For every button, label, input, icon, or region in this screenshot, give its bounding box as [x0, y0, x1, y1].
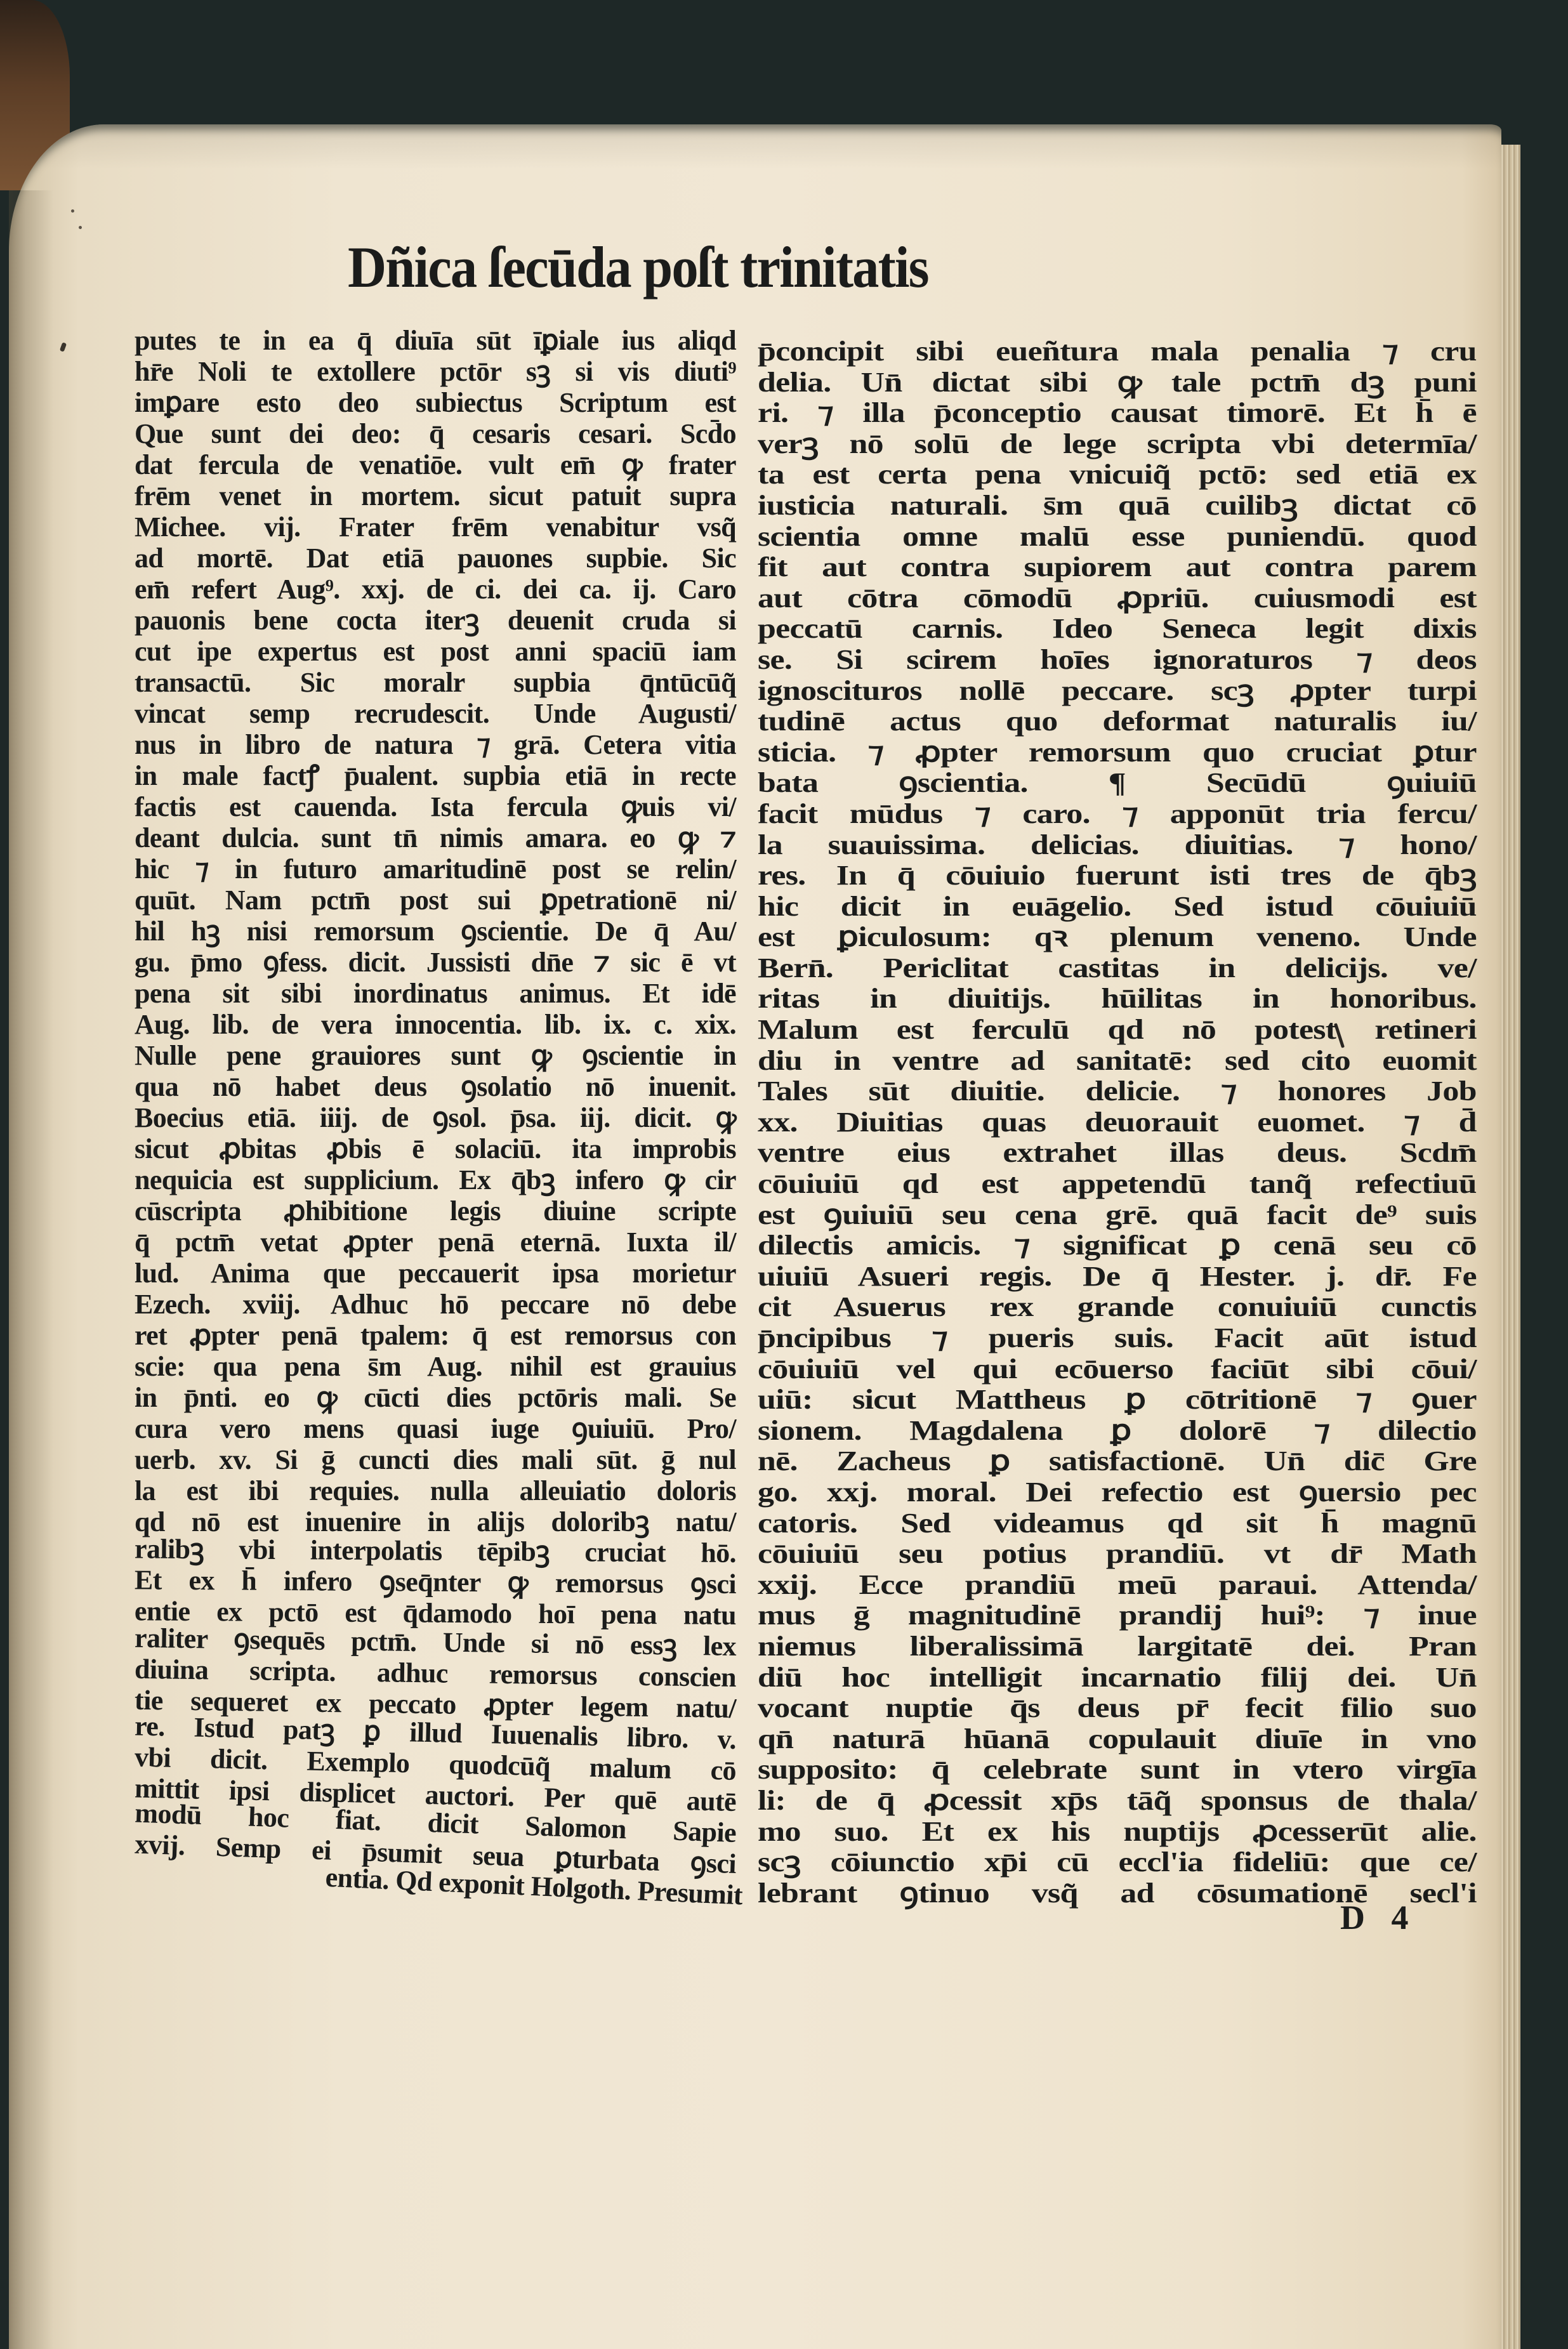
text-line: hil hꝫ nisi remorsum ꝯscientie. De q̄ Au… [135, 916, 736, 947]
text-line: putes te in ea q̄ diuīa sūt īꝑiale ius a… [135, 325, 736, 356]
text-line: hic ⁊ in futuro amaritudinē post se reli… [135, 853, 736, 885]
text-line: deant dulcia. sunt tn̄ nimis amara. eo ꝙ… [135, 822, 736, 853]
text-line: qd nō est inuenire in alijs doloribꝫ nat… [135, 1506, 736, 1537]
text-line: res. In q̄ cōuiuio fuerunt isti tres de … [758, 860, 1477, 892]
text-line: quūt. Nam pctm̄ post sui ꝑpetrationē ni/ [135, 885, 736, 916]
text-line: p̄concipit sibi eueñtura mala penalia ⁊ … [758, 336, 1477, 367]
text-line: sticia. ⁊ ꝓpter remorsum quo cruciat ꝑtu… [758, 737, 1477, 768]
text-line: imꝑare esto deo subiectus Scriptum est [135, 387, 736, 418]
text-line: est ꝯuiuiū seu cena grē. quā facit de⁹ s… [758, 1200, 1477, 1231]
text-line: cūscripta ꝓhibitione legis diuine script… [135, 1195, 736, 1227]
text-line: Nulle pene grauiores sunt ꝙ ꝯscientie in [135, 1040, 736, 1071]
text-line: uiū: sicut Mattheus ꝑ cōtritionē ⁊ ꝯuer [758, 1385, 1477, 1416]
margin-ink-dot [79, 226, 82, 229]
text-line: in p̄nti. eo ꝙ cūcti dies pctōris mali. … [135, 1382, 736, 1413]
text-line: in male factꝭ p̄ualent. supbia etiā in r… [135, 760, 736, 791]
gutter-shadow [9, 190, 53, 2349]
text-line: Tales sūt diuitie. delicie. ⁊ honores Jo… [758, 1076, 1477, 1107]
text-line: uiuiū Asueri regis. De q̄ Hester. j. dr̄… [758, 1261, 1477, 1293]
text-line: niemus liberalissimā largitatē dei. Pran [758, 1631, 1477, 1662]
margin-ink-dot [71, 209, 74, 213]
text-line: xx. Diuitias quas deuorauit euomet. ⁊ d̄ [758, 1107, 1477, 1138]
text-line: vincat semp recrudescit. Unde Augusti/ [135, 698, 736, 729]
text-line: mus ḡ magnitudinē prandij hui⁹: ⁊ inue [758, 1600, 1477, 1631]
text-line: xxij. Ecce prandiū meū paraui. Attenda/ [758, 1570, 1477, 1601]
text-line: ignoscituros nollē peccare. scꝫ ꝓpter tu… [758, 676, 1477, 707]
text-line: mo suo. Et ex his nuptijs ꝓcesserūt alie… [758, 1817, 1477, 1848]
text-line: ret ꝓpter penā tpalem: q̄ est remorsus c… [135, 1320, 736, 1351]
page-fore-edge [1501, 145, 1520, 2349]
text-line: q̄ pctm̄ vetat ꝓpter penā eternā. Iuxta … [135, 1227, 736, 1258]
text-line: diu in ventre ad sanitatē: sed cito euom… [758, 1046, 1477, 1077]
text-line: bata ꝯscientia. ¶ Secūdū ꝯuiuiū [758, 768, 1477, 799]
text-line: li: de q̄ ꝓcessit xp̄s tāq̃ sponsus de t… [758, 1786, 1477, 1817]
text-line: em̄ refert Aug⁹. xxj. de ci. dei ca. ij.… [135, 574, 736, 605]
text-line: supposito: q̄ celebrate sunt in vtero vi… [758, 1754, 1477, 1786]
text-line: p̄ncipibus ⁊ pueris suis. Facit aūt istu… [758, 1323, 1477, 1354]
text-line: vocant nuptie q̄s deus pr̄ fecit filio s… [758, 1693, 1477, 1724]
text-line: frēm venet in mortem. sicut patuit supra [135, 480, 736, 511]
text-line: sicut ꝓbitas ꝓbis ē solaciū. ita improbi… [135, 1133, 736, 1164]
text-line: la est ibi requies. nulla alleuiatio dol… [135, 1475, 736, 1506]
text-line: fit aut contra supiorem aut contra parem [758, 552, 1477, 583]
text-line: Boecius etiā. iiij. de ꝯsol. p̄sa. iij. … [135, 1102, 736, 1133]
text-line: peccatū carnis. Ideo Seneca legit dixis [758, 614, 1477, 645]
text-line: nē. Zacheus ꝑ satisfactionē. Un̄ dic̄ Gr… [758, 1446, 1477, 1477]
text-line: cōuiuiū vel qui ecōuerso faciūt sibi cōu… [758, 1354, 1477, 1385]
text-line: ritas in diuitijs. hūilitas in honoribus… [758, 984, 1477, 1015]
text-line: scie: qua pena s̄m Aug. nihil est grauiu… [135, 1351, 736, 1382]
text-line: qn̄ naturā hūanā copulauit diuīe in vno [758, 1724, 1477, 1755]
text-line: ad mortē. Dat etiā pauones supbie. Sic [135, 543, 736, 574]
text-line: gu. p̄mo ꝯfess. dicit. Jussisti dn̄e ⁊ s… [135, 947, 736, 978]
text-line: pena sit sibi inordinatus animus. Et idē [135, 978, 736, 1009]
text-line: delia. Un̄ dictat sibi ꝙ tale pctm̄ dꝫ p… [758, 367, 1477, 398]
text-line: lud. Anima que peccauerit ipsa morietur [135, 1258, 736, 1289]
right-text-column: p̄concipit sibi eueñtura mala penalia ⁊ … [758, 336, 1477, 1909]
text-line: Que sunt dei deo: q̄ cesaris cesari. Scd… [135, 418, 736, 449]
text-line: ventre eius extrahet illas deus. Scdm̄ [758, 1138, 1477, 1169]
text-line: Malum est ferculū qd nō potest retineri [758, 1015, 1477, 1046]
text-line: aut cōtra cōmodū ꝓpriū. cuiusmodi est [758, 583, 1477, 614]
text-line: tudinē actus quo deformat naturalis iu/ [758, 706, 1477, 737]
text-line: est ꝑiculosum: qꝛ plenum veneno. Unde [758, 922, 1477, 953]
text-line: go. xxj. moral. Dei refectio est ꝯuersio… [758, 1477, 1477, 1508]
text-line: cut ipe expertus est post anni spaciū ia… [135, 636, 736, 667]
text-line: se. Si scirem hoīes ignoraturos ⁊ deos [758, 645, 1477, 676]
text-line: scꝫ cōiunctio xp̄i cū eccl'ia fideliū: q… [758, 1847, 1477, 1878]
signature-mark: D 4 [1340, 1898, 1418, 1937]
text-line: nequicia est supplicium. Ex q̄bꝫ infero … [135, 1164, 736, 1195]
text-line: Bern̄. Periclitat castitas in delicijs. … [758, 953, 1477, 984]
text-line: hic dicit in euāgelio. Sed istud cōuiuiū [758, 892, 1477, 923]
text-line: factis est cauenda. Ista fercula ꝙuis vi… [135, 791, 736, 822]
text-line: iusticia naturali. s̄m quā cuilibꝫ dicta… [758, 490, 1477, 522]
text-line: facit mūdus ⁊ caro. ⁊ apponūt tria fercu… [758, 799, 1477, 830]
left-text-column: putes te in ea q̄ diuīa sūt īꝑiale ius a… [135, 325, 736, 1911]
text-line: cit Asuerus rex grande conuiuiū cunctis [758, 1292, 1477, 1323]
text-line: ta est certa pena vnicuiq̃ pctō: sed eti… [758, 459, 1477, 490]
text-line: verꝫ nō solū de lege scripta vbi determī… [758, 429, 1477, 460]
text-line: sionem. Magdalena ꝑ dolorē ⁊ dilectio [758, 1416, 1477, 1447]
text-line: cura vero mens quasi iuge ꝯuiuiū. Pro/ [135, 1413, 736, 1444]
text-line: qua nō habet deus ꝯsolatio nō inuenit. [135, 1071, 736, 1102]
running-head: Dñica ſecūda poſt trinitatis [348, 232, 928, 302]
text-line: ri. ⁊ illa p̄conceptio causat timorē. Et… [758, 398, 1477, 429]
text-line: scientia omne malū esse puniendū. quod [758, 522, 1477, 553]
text-line: Aug. lib. de vera innocentia. lib. ix. c… [135, 1009, 736, 1040]
text-line: diū hoc intelligit incarnatio filij dei.… [758, 1662, 1477, 1694]
text-line: Michee. vij. Frater frēm venabitur vsq̃ [135, 511, 736, 543]
text-line: la suauissima. delicias. diuitias. ⁊ hon… [758, 830, 1477, 861]
text-line: cōuiuiū qd est appetendū tanq̃ refectiuū [758, 1169, 1477, 1200]
text-line: cōuiuiū seu potius prandiū. vt dr̄ Math [758, 1539, 1477, 1570]
text-line: dilectis amicis. ⁊ significat ꝑ cenā seu… [758, 1230, 1477, 1261]
text-line: hr̄e Noli te extollere pctōr sꝫ si vis d… [135, 356, 736, 387]
text-line: catoris. Sed videamus qd sit h̄ magnū [758, 1508, 1477, 1539]
text-line: transactū. Sic moralr supbia q̄ntūcūq̃ [135, 667, 736, 698]
text-line: dat fercula de venatiōe. vult em̄ ꝙ frat… [135, 449, 736, 480]
text-line: ralibꝫ vbi interpolatis tēpibꝫ cruciat h… [135, 1533, 736, 1569]
text-line: Ezech. xviij. Adhuc hō peccare nō debe [135, 1289, 736, 1320]
text-line: nus in libro de natura ⁊ grā. Cetera vit… [135, 729, 736, 760]
text-line: Et ex h̄ infero ꝯseq̄nter ꝙ remorsus ꝯsc… [135, 1564, 736, 1600]
text-line: pauonis bene cocta iterꝫ deuenit cruda s… [135, 605, 736, 636]
text-line: uerb. xv. Si ḡ cuncti dies mali sūt. ḡ n… [135, 1444, 736, 1475]
